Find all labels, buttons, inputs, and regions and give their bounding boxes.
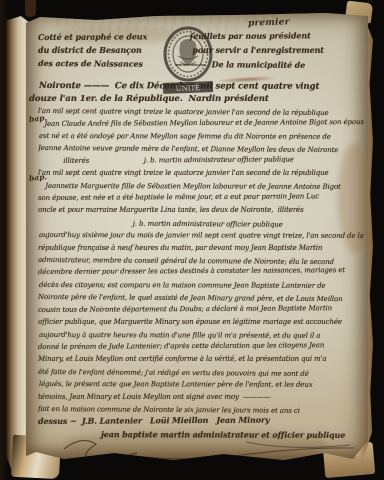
text-line: est né et a été ondoyé par Anne Meyllon … [39,130,365,143]
text-line: décembre dernier pour dresser les actes … [38,264,364,278]
text-line: l'an mil sept cent quatre vingt treize l… [38,167,364,179]
text-line: aujourd'huy sixième jour du mois de janv… [39,229,365,242]
text-line: illiterés j. b. martin administrateur of… [38,153,364,167]
text-line: oncle et pour marraine Marguerite Lina t… [38,204,364,216]
text-line: dessus ~ J.B. Lantenier Loüi Mieillon Je… [38,413,364,428]
text-line: témoins, Jean Minary et Louis Meyllon on… [38,391,364,403]
text-line: république française à neuf heures du ma… [38,242,364,254]
signature-flourish-icon [60,433,360,461]
stamp-banner-text: UNITÉ [176,83,201,93]
district-ink-stamp-icon: UNITÉ [160,26,218,96]
text-line: donné le prénom de Jude Lantenier; d'apr… [38,339,364,353]
text-line: légués, le présent acte que Jean Baptist… [39,378,365,391]
manuscript-page: premier UNITÉ bap. bap. Cotté et paraphé… [26,13,368,461]
text-line: Minary, et Louis Meyllon ont certifié co… [38,353,364,365]
text-line: son épouse, est née et a été baptisée le… [38,190,364,204]
book-spine [0,0,7,480]
text-line: décès des citoyens; est comparu en la ma… [39,279,365,292]
text-line: Jean Claude André fils de Sébastien Meyl… [38,116,364,130]
binding-knot [25,0,36,17]
text-line: cousin tous de Noironte département du D… [38,302,364,316]
folio-number: premier [248,17,290,28]
text-line: officier publique, que Marguerite Minary… [38,316,364,328]
